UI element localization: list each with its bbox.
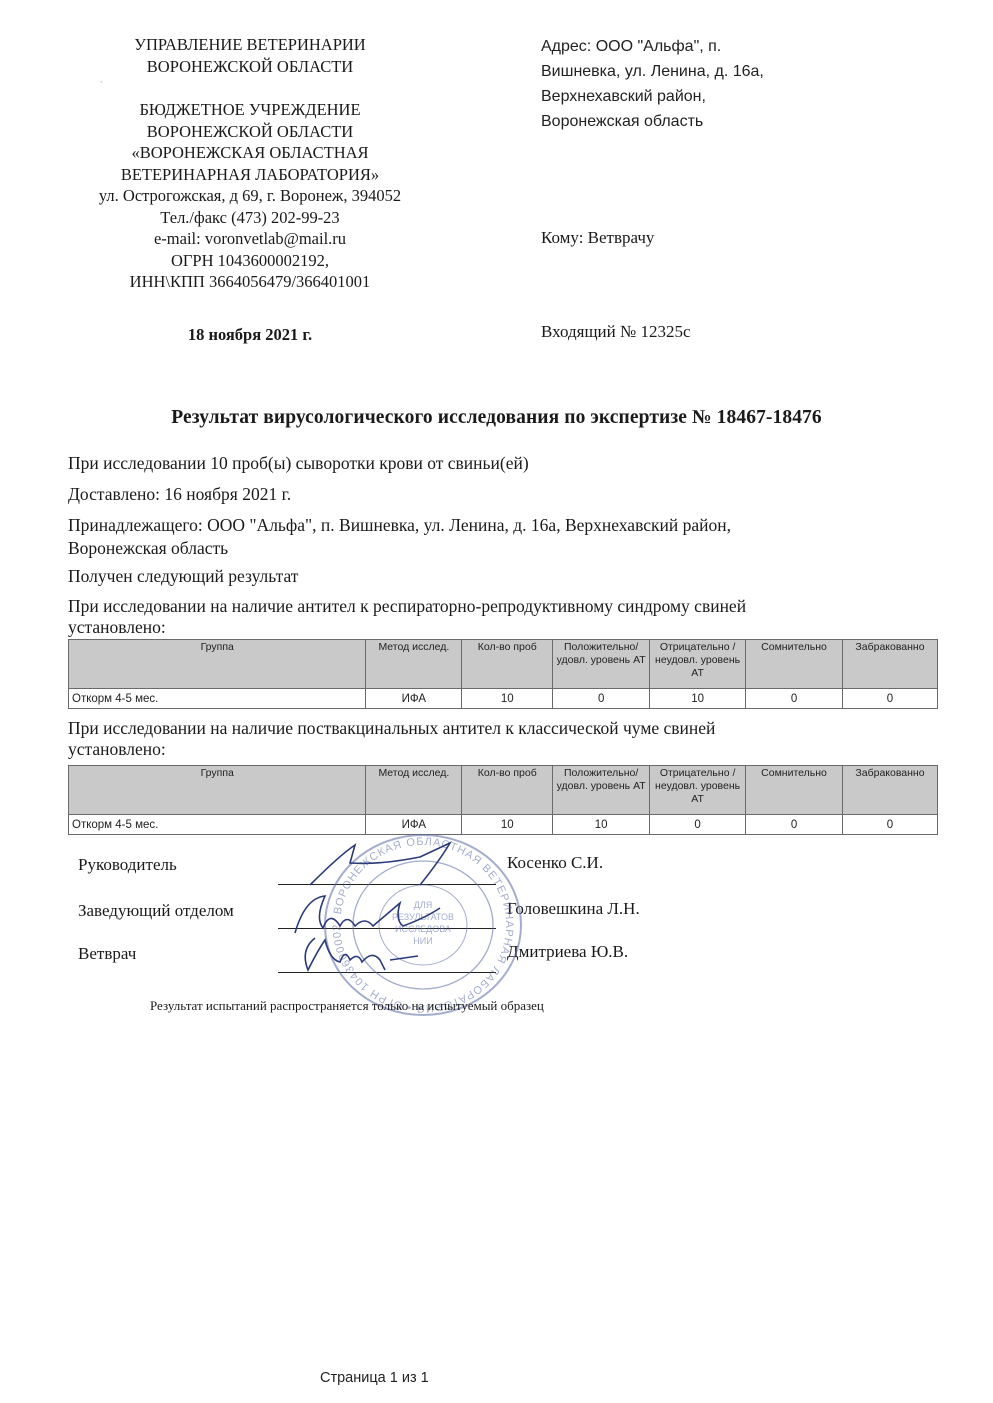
svg-text:ИССЛЕДОВА: ИССЛЕДОВА (395, 924, 451, 934)
col-header-group: Группа (69, 640, 366, 689)
table2-intro-line-1: При исследовании на наличие поствакцинал… (68, 717, 928, 739)
address-line: Вишневка, ул. Ленина, д. 16а, (541, 59, 841, 84)
sender-dept-line: ВОРОНЕЖСКОЙ ОБЛАСТИ (60, 56, 440, 78)
delivered-line: Доставлено: 16 ноября 2021 г. (68, 483, 928, 505)
sender-dept-line: УПРАВЛЕНИЕ ВЕТЕРИНАРИИ (60, 34, 440, 56)
sender-org-line: БЮДЖЕТНОЕ УЧРЕЖДЕНИЕ (60, 99, 440, 121)
scan-mark: ` (100, 80, 103, 89)
results-table-prrs: Группа Метод исслед. Кол-во проб Положит… (68, 639, 938, 709)
sender-inn-kpp: ИНН\КПП 3664056479/366401001 (60, 271, 440, 293)
svg-text:НИИ: НИИ (413, 936, 432, 946)
address-line: Воронежская область (541, 109, 841, 134)
cell-doubtful: 0 (746, 815, 843, 835)
cell-rejected: 0 (843, 815, 938, 835)
signature-name-head: Косенко С.И. (507, 853, 603, 873)
signature-line (278, 928, 496, 929)
address-line: Верхнехавский район, (541, 84, 841, 109)
col-header-positive: Положительно/ удовл. уровень АТ (553, 640, 650, 689)
cell-group: Откорм 4-5 мес. (69, 689, 366, 709)
document-title: Результат вирусологического исследования… (0, 407, 993, 429)
table-row: Откорм 4-5 мес. ИФА 10 0 10 0 0 (69, 689, 938, 709)
signature-line (278, 884, 496, 885)
col-header-group: Группа (69, 766, 366, 815)
document-date: 18 ноября 2021 г. (60, 325, 440, 345)
col-header-doubtful: Сомнительно (746, 766, 843, 815)
owner-line-1: Принадлежащего: ООО "Альфа", п. Вишневка… (68, 514, 928, 536)
table1-intro-line-2: установлено: (68, 616, 928, 638)
col-header-method: Метод исслед. (366, 640, 462, 689)
sender-phone: Тел./факс (473) 202-99-23 (60, 207, 440, 229)
col-header-positive: Положительно/ удовл. уровень АТ (553, 766, 650, 815)
cell-rejected: 0 (843, 689, 938, 709)
signature-head-icon (300, 835, 480, 890)
col-header-count: Кол-во проб (462, 640, 553, 689)
signature-vet-icon (290, 930, 450, 975)
page-number: Страница 1 из 1 (320, 1370, 429, 1386)
col-header-count: Кол-во проб (462, 766, 553, 815)
col-header-negative: Отрицательно / неудовл. уровень АТ (650, 640, 746, 689)
result-intro: Получен следующий результат (68, 565, 928, 587)
cell-negative: 0 (650, 815, 746, 835)
svg-text:ВОРОНЕЖСКАЯ ОБЛАСТНАЯ ВЕТЕРИНА: ВОРОНЕЖСКАЯ ОБЛАСТНАЯ ВЕТЕРИНАРНАЯ ЛАБОР… (318, 830, 515, 1014)
signature-name-vet: Дмитриева Ю.В. (507, 942, 628, 962)
owner-line-2: Воронежская область (68, 537, 928, 559)
svg-text:ДЛЯ: ДЛЯ (414, 900, 433, 910)
sender-ogrn: ОГРН 1043600002192, (60, 250, 440, 272)
cell-positive: 10 (553, 815, 650, 835)
col-header-method: Метод исслед. (366, 766, 462, 815)
signature-name-dept: Головешкина Л.Н. (507, 899, 640, 919)
svg-text:РЕЗУЛЬТАТОВ: РЕЗУЛЬТАТОВ (392, 912, 454, 922)
disclaimer: Результат испытаний распространяется тол… (150, 998, 544, 1014)
signature-line (278, 972, 496, 973)
table1-intro-line-1: При исследовании на наличие антител к ре… (68, 595, 928, 617)
signature-role-dept: Заведующий отделом (78, 901, 234, 921)
table2-intro-line-2: установлено: (68, 738, 928, 760)
cell-count: 10 (462, 815, 553, 835)
sender-email: e-mail: voronvetlab@mail.ru (60, 228, 440, 250)
sender-org-line: ВЕТЕРИНАРНАЯ ЛАБОРАТОРИЯ» (60, 164, 440, 186)
incoming-number: Входящий № 12325с (541, 322, 691, 342)
signature-role-head: Руководитель (78, 855, 177, 875)
sender-header: УПРАВЛЕНИЕ ВЕТЕРИНАРИИ ВОРОНЕЖСКОЙ ОБЛАС… (60, 34, 440, 293)
cell-negative: 10 (650, 689, 746, 709)
cell-doubtful: 0 (746, 689, 843, 709)
lab-stamp-icon: ВОРОНЕЖСКАЯ ОБЛАСТНАЯ ВЕТЕРИНАРНАЯ ЛАБОР… (318, 830, 528, 1020)
table-header-row: Группа Метод исслед. Кол-во проб Положит… (69, 766, 938, 815)
col-header-doubtful: Сомнительно (746, 640, 843, 689)
signature-dept-icon (285, 888, 465, 938)
cell-count: 10 (462, 689, 553, 709)
table-row: Откорм 4-5 мес. ИФА 10 10 0 0 0 (69, 815, 938, 835)
cell-method: ИФА (366, 689, 462, 709)
col-header-rejected: Забракованно (843, 640, 938, 689)
sender-org-line: ВОРОНЕЖСКОЙ ОБЛАСТИ (60, 121, 440, 143)
addressee-address: Адрес: ООО "Альфа", п. Вишневка, ул. Лен… (541, 34, 841, 134)
cell-positive: 0 (553, 689, 650, 709)
col-header-negative: Отрицательно / неудовл. уровень АТ (650, 766, 746, 815)
sender-address: ул. Острогожская, д 69, г. Воронеж, 3940… (60, 185, 440, 207)
address-line: Адрес: ООО "Альфа", п. (541, 34, 841, 59)
sender-org-line: «ВОРОНЕЖСКАЯ ОБЛАСТНАЯ (60, 142, 440, 164)
results-table-csf: Группа Метод исслед. Кол-во проб Положит… (68, 765, 938, 835)
recipient: Кому: Ветврачу (541, 228, 654, 248)
col-header-rejected: Забракованно (843, 766, 938, 815)
samples-line: При исследовании 10 проб(ы) сыворотки кр… (68, 452, 928, 474)
cell-method: ИФА (366, 815, 462, 835)
signature-role-vet: Ветврач (78, 944, 136, 964)
table-header-row: Группа Метод исслед. Кол-во проб Положит… (69, 640, 938, 689)
cell-group: Откорм 4-5 мес. (69, 815, 366, 835)
